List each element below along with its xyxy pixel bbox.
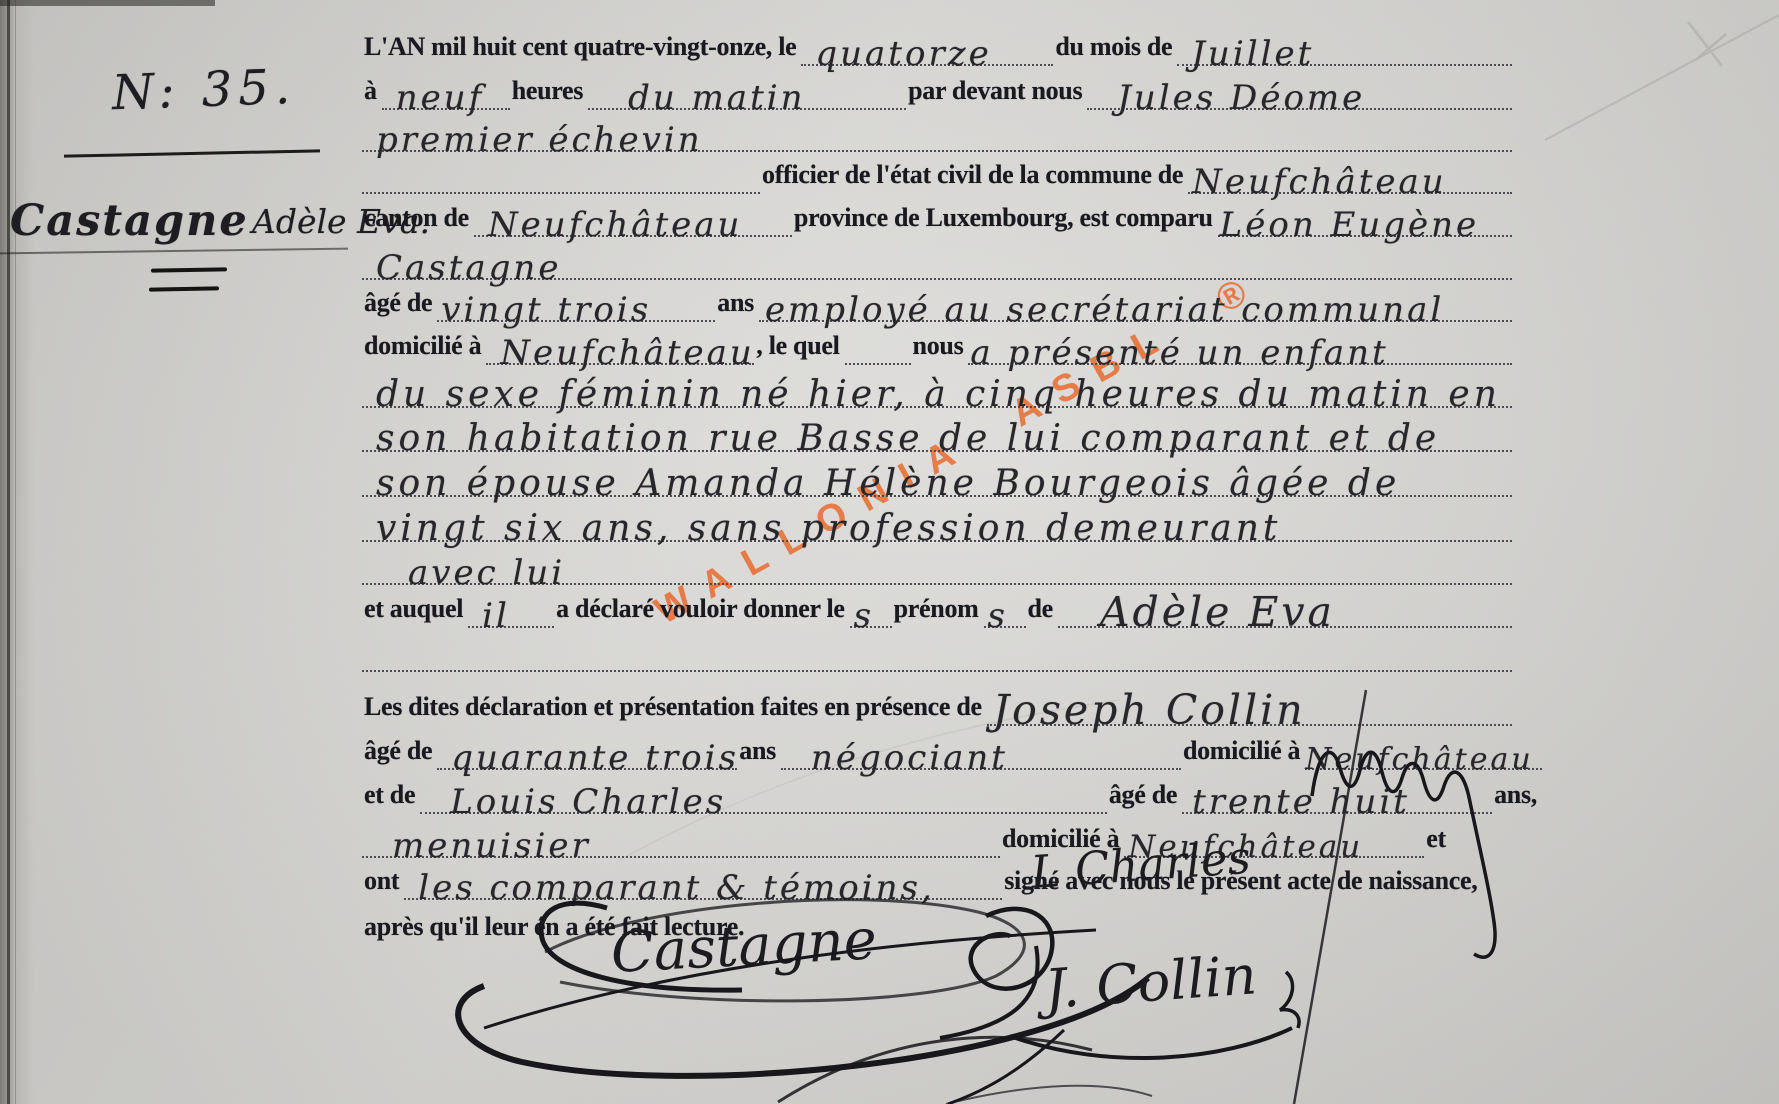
fill-in-blank: Castagne	[362, 236, 1512, 280]
form-line-hour: à neuf heures du matin par devant nous J…	[362, 66, 1512, 110]
printed-text: âgé de	[1107, 782, 1182, 814]
form-line-canton: canton de Neufchâteau province de Luxemb…	[362, 193, 1512, 237]
printed-text: ans	[715, 290, 759, 322]
fill-in-blank: Neufchâteau	[1305, 726, 1542, 770]
printed-text: âgé de	[362, 738, 437, 770]
handwritten-entry: son épouse Amanda Hélène Bourgeois âgée …	[376, 466, 1400, 502]
printed-text: signé avec nous le présent acte de naiss…	[1002, 868, 1482, 900]
printed-text: et	[1424, 826, 1451, 858]
printed-text: ans	[737, 738, 781, 770]
printed-text: et auquel	[362, 596, 468, 628]
fill-in-blank: employé au secrétariat communal	[759, 278, 1512, 322]
printed-text: domicilié à	[1000, 826, 1124, 858]
fill-in-blank: Neufchâteau	[1124, 814, 1424, 858]
printed-text: nous	[911, 333, 969, 365]
form-line-surname: Castagne	[362, 236, 1512, 280]
fill-in-blank: quarante trois	[437, 726, 737, 770]
form-line-mother-age: vingt six ans, sans profession demeurant	[362, 498, 1512, 542]
fill-in-blank: vingt six ans, sans profession demeurant	[362, 498, 1512, 542]
form-line-child: du sexe féminin né hier, à cinq heures d…	[362, 364, 1512, 408]
form-line-given-names: et auquel il a déclaré vouloir donner le…	[362, 584, 1512, 628]
form-line-with-him: avec lui	[362, 541, 1512, 585]
form-line-age: âgé de vingt trois ans employé au secrét…	[362, 278, 1512, 322]
margin-surname: Castagne	[10, 196, 249, 246]
handwritten-entry: les comparant & témoins,	[418, 871, 935, 905]
printed-text: après qu'il leur én a été fait lecture.	[362, 914, 749, 946]
fill-in-blank: son épouse Amanda Hélène Bourgeois âgée …	[362, 453, 1512, 497]
fill-in-blank: Neufchâteau	[486, 321, 754, 365]
handwritten-entry: Adèle Eva	[1100, 592, 1335, 633]
fill-in-blank: du sexe féminin né hier, à cinq heures d…	[362, 364, 1512, 408]
fill-in-blank: Neufchâteau	[474, 193, 792, 237]
handwritten-entry: s	[988, 599, 1008, 633]
fill-in-blank: Léon Eugène	[1218, 193, 1512, 237]
form-line-witness2-trade: menuisier domicilié à Neufchâteau et	[362, 814, 1512, 858]
form-line-domicile: domicilié à Neufchâteau , le quel nous a…	[362, 321, 1512, 365]
fill-in-blank: neuf	[382, 66, 510, 110]
printed-text: ans,	[1492, 782, 1542, 814]
form-line-lecture: après qu'il leur én a été fait lecture.	[362, 906, 1512, 946]
printed-text: et de	[362, 782, 420, 814]
margin-name-underline	[0, 248, 348, 255]
book-gutter-shadow	[0, 0, 34, 1104]
fill-in-blank: son habitation rue Basse de lui comparan…	[362, 408, 1512, 452]
form-line-residence: son habitation rue Basse de lui comparan…	[362, 408, 1512, 452]
printed-text: du mois de	[1053, 34, 1177, 66]
fill-in-blank: premier échevin	[362, 108, 1512, 152]
form-line-witness2: et de Louis Charles âgé de trente huit a…	[362, 770, 1542, 814]
fill-in-blank: du matin	[588, 66, 906, 110]
act-number-underline	[64, 149, 320, 157]
printed-text: heures	[510, 78, 588, 110]
printed-text: domicilié à	[1181, 738, 1305, 770]
printed-text: , le quel	[754, 333, 844, 365]
form-line-date: L'AN mil huit cent quatre-vingt-onze, le…	[362, 22, 1512, 66]
form-line-empty	[362, 640, 1512, 672]
fill-in-blank: Louis Charles	[420, 770, 1107, 814]
fill-in-blank	[362, 640, 1512, 672]
top-edge-shadow	[0, 0, 215, 6]
fill-in-blank: avec lui	[362, 541, 1512, 585]
form-line-witness1: Les dites déclaration et présentation fa…	[362, 682, 1512, 726]
fill-in-blank: Joseph Collin	[987, 682, 1512, 726]
printed-text: canton de	[362, 205, 474, 237]
printed-text: par devant nous	[906, 78, 1087, 110]
printed-text: officier de l'état civil de la commune d…	[760, 162, 1188, 194]
signature-collin: J. Collin	[778, 943, 1299, 1104]
handwritten-entry: Joseph Collin	[993, 690, 1306, 731]
fill-in-blank: s	[850, 584, 892, 628]
handwritten-entry: s	[854, 599, 874, 633]
printed-text: ont	[362, 868, 404, 900]
handwritten-entry: il	[482, 599, 510, 633]
printed-text: a déclaré vouloir donner le	[554, 596, 849, 628]
fill-in-blank: Neufchâteau	[1188, 150, 1512, 194]
handwritten-entry: son habitation rue Basse de lui comparan…	[376, 421, 1440, 457]
fill-in-blank: vingt trois	[437, 278, 715, 322]
printed-text: Les dites déclaration et présentation fa…	[362, 694, 987, 726]
margin-dash-mark	[151, 267, 227, 272]
fill-in-blank: il	[468, 584, 554, 628]
fill-in-blank	[845, 321, 911, 365]
birth-certificate-scan: N: 35. Castagne Adèle Eva. WALLONIA ASBL…	[0, 0, 1779, 1104]
page-edge-line	[7, 0, 10, 1104]
fill-in-blank: Jules Déome	[1087, 66, 1512, 110]
signature-collin-text: J. Collin	[1033, 943, 1259, 1021]
fill-in-blank: menuisier	[362, 814, 1000, 858]
printed-text: prénom	[892, 596, 984, 628]
fill-in-blank: trente huit	[1182, 770, 1492, 814]
fill-in-blank: s	[984, 584, 1026, 628]
fill-in-blank: les comparant & témoins,	[404, 856, 1002, 900]
fill-in-blank: Adèle Eva	[1058, 584, 1512, 628]
printed-text: âgé de	[362, 290, 437, 322]
fill-in-blank: Juillet	[1177, 22, 1512, 66]
fill-in-blank	[362, 150, 760, 194]
printed-text: de	[1026, 596, 1058, 628]
printed-text: domicilié à	[362, 333, 486, 365]
form-line-signed: ont les comparant & témoins, signé avec …	[362, 856, 1542, 900]
printed-text: province de Luxembourg, est comparu	[792, 205, 1218, 237]
printed-text: L'AN mil huit cent quatre-vingt-onze, le	[362, 34, 801, 66]
printed-text: à	[362, 78, 382, 110]
page-edge-line-faint	[15, 0, 16, 1104]
form-line-witness1-age: âgé de quarante trois ans négociant domi…	[362, 726, 1542, 770]
margin-dash-mark	[149, 286, 219, 291]
fill-in-blank: a présenté un enfant	[968, 321, 1512, 365]
form-line-commune: officier de l'état civil de la commune d…	[362, 150, 1512, 194]
act-number: N: 35.	[111, 59, 297, 121]
fill-in-blank: négociant	[781, 726, 1181, 770]
fill-in-blank: quatorze	[801, 22, 1053, 66]
form-line-office: premier échevin	[362, 108, 1512, 152]
form-line-mother: son épouse Amanda Hélène Bourgeois âgée …	[362, 453, 1512, 497]
